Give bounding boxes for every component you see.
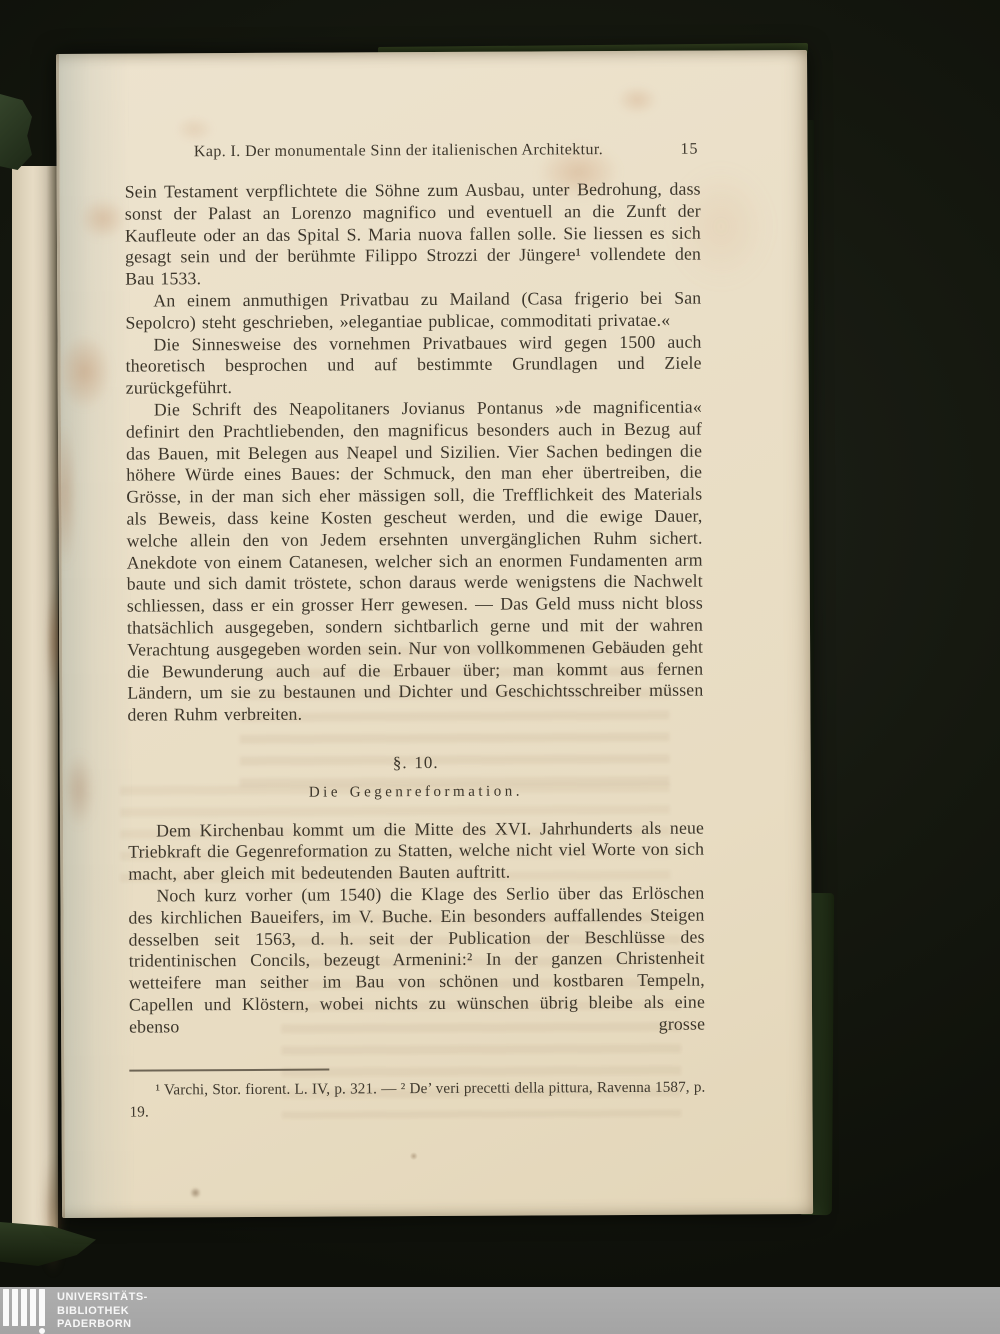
logo-bar [39,1289,45,1326]
logo-bar [21,1289,27,1326]
footnote: ¹ Varchi, Stor. fiorent. L. IV, p. 321. … [129,1077,705,1123]
stain [57,334,111,410]
stain [174,115,214,143]
running-header: Kap. I. Der monumentale Sinn der italien… [124,141,700,164]
paragraph: Noch kurz vorher (um 1540) die Klage des… [128,882,705,1038]
section-number: §. 10. [128,751,704,776]
footnote-rule [129,1069,329,1072]
library-name-line: UNIVERSITÄTS- [57,1291,148,1305]
logo-bar [12,1289,18,1326]
book-page: Kap. I. Der monumentale Sinn der italien… [56,50,813,1218]
stain [190,1187,201,1198]
stain [616,85,658,115]
paragraph: An einem anmuthigen Privatbau zu Mailand… [125,288,701,335]
ub-paderborn-logo-icon [3,1289,49,1333]
stain [410,1152,418,1160]
stain [64,752,94,828]
page-body: Sein Testament verpflichtete die Söhne z… [125,179,705,1038]
footnote-area: ¹ Varchi, Stor. fiorent. L. IV, p. 321. … [129,1067,705,1123]
page-stack-edge [12,166,58,1246]
book-cover-edge-top-left [0,94,32,170]
paragraph: Dem Kirchenbau kommt um die Mitte des XV… [128,817,704,885]
paragraph: Die Sinnesweise des vornehmen Privatbaue… [125,331,701,399]
running-title: Kap. I. Der monumentale Sinn der italien… [194,141,603,161]
logo-bar [3,1289,9,1326]
library-name-line: BIBLIOTHEK [57,1305,148,1319]
logo-bar [30,1289,36,1326]
stain [79,198,127,240]
library-name-line: PADERBORN [57,1318,148,1332]
logo-dot [39,1328,45,1334]
section-title: Die Gegenreformation. [128,780,704,805]
book-cover-edge-bottom-left [0,1222,96,1266]
paragraph: Die Schrift des Neapolitaners Jovianus P… [126,397,704,727]
page-number: 15 [680,141,698,159]
section-heading: §. 10. Die Gegenreformation. [128,751,704,806]
library-footer-bar: UNIVERSITÄTS- BIBLIOTHEK PADERBORN [0,1287,1000,1334]
paragraph: Sein Testament verpflichtete die Söhne z… [125,179,702,291]
library-name: UNIVERSITÄTS- BIBLIOTHEK PADERBORN [57,1291,148,1332]
scan-viewport: Kap. I. Der monumentale Sinn der italien… [0,0,1000,1334]
